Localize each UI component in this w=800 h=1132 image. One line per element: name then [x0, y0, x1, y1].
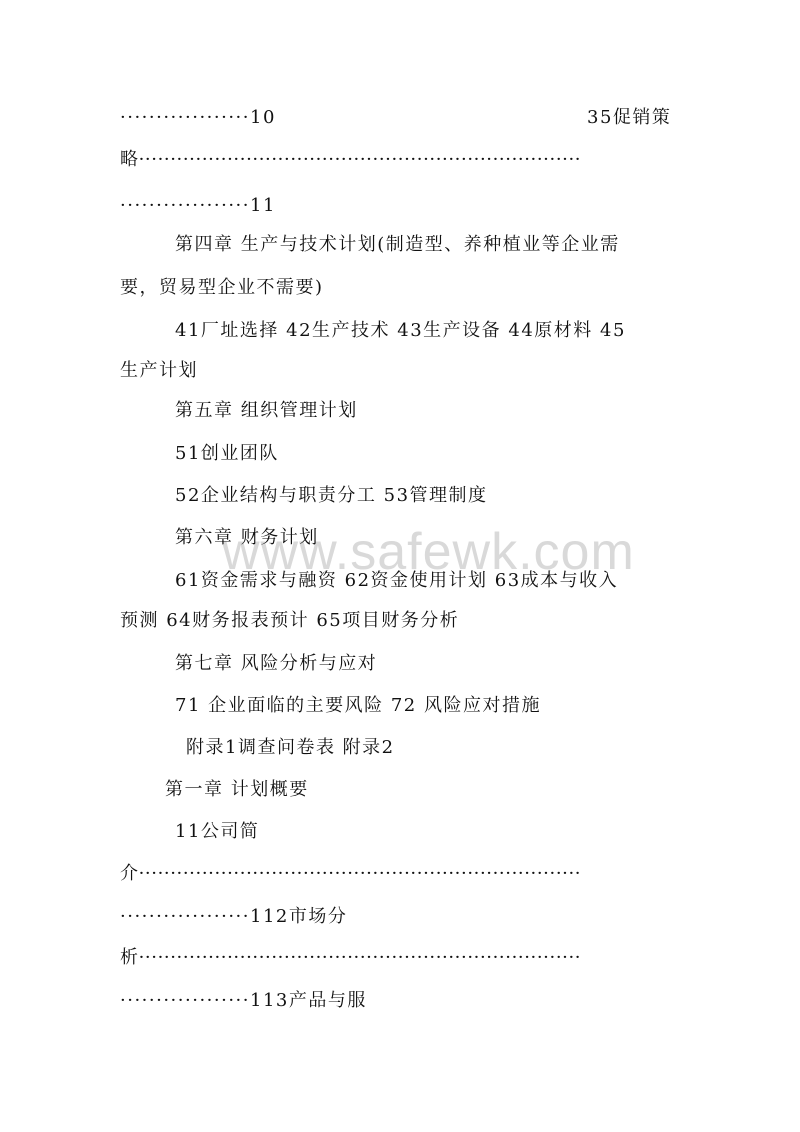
chapter-7-sections: 71 企业面临的主要风险 72 风险应对措施 [175, 695, 541, 717]
appendix-entries: 附录1调查问卷表 附录2 [186, 737, 395, 759]
chapter-6-heading: 第六章 财务计划 [175, 527, 319, 549]
toc-dot-leader: 介·······································… [120, 863, 581, 885]
section-51: 51创业团队 [175, 443, 279, 465]
chapter-4-sections: 41厂址选择 42生产技术 43生产设备 44原材料 45 [175, 320, 626, 342]
toc-entry-112: ··················112市场分 [120, 906, 347, 928]
chapter-6-sections: 61资金需求与融资 62资金使用计划 63成本与收入 [175, 570, 618, 592]
chapter-7-heading: 第七章 风险分析与应对 [175, 653, 377, 675]
toc-dot-leader: 略·······································… [120, 149, 581, 171]
chapter-1-heading: 第一章 计划概要 [165, 779, 309, 801]
document-page: www.safewk.com ··················10 35促销… [0, 0, 800, 1132]
chapter-4-heading-cont: 要，贸易型企业不需要) [120, 277, 324, 299]
toc-entry-113: ··················113产品与服 [120, 990, 367, 1012]
toc-dot-leader-page-11: ··················11 [120, 195, 276, 217]
toc-entry-35-promotion: 35促销策 [587, 107, 671, 129]
toc-dot-leader-page-10: ··················10 [120, 107, 276, 129]
section-11: 11公司简 [175, 821, 259, 843]
section-52-53: 52企业结构与职责分工 53管理制度 [175, 485, 488, 507]
chapter-5-heading: 第五章 组织管理计划 [175, 400, 358, 422]
chapter-6-sections-cont: 预测 64财务报表预计 65项目财务分析 [120, 610, 459, 632]
chapter-4-sections-cont: 生产计划 [120, 360, 198, 382]
chapter-4-heading: 第四章 生产与技术计划(制造型、养种植业等企业需 [175, 234, 620, 256]
toc-dot-leader: 析·······································… [120, 947, 581, 969]
